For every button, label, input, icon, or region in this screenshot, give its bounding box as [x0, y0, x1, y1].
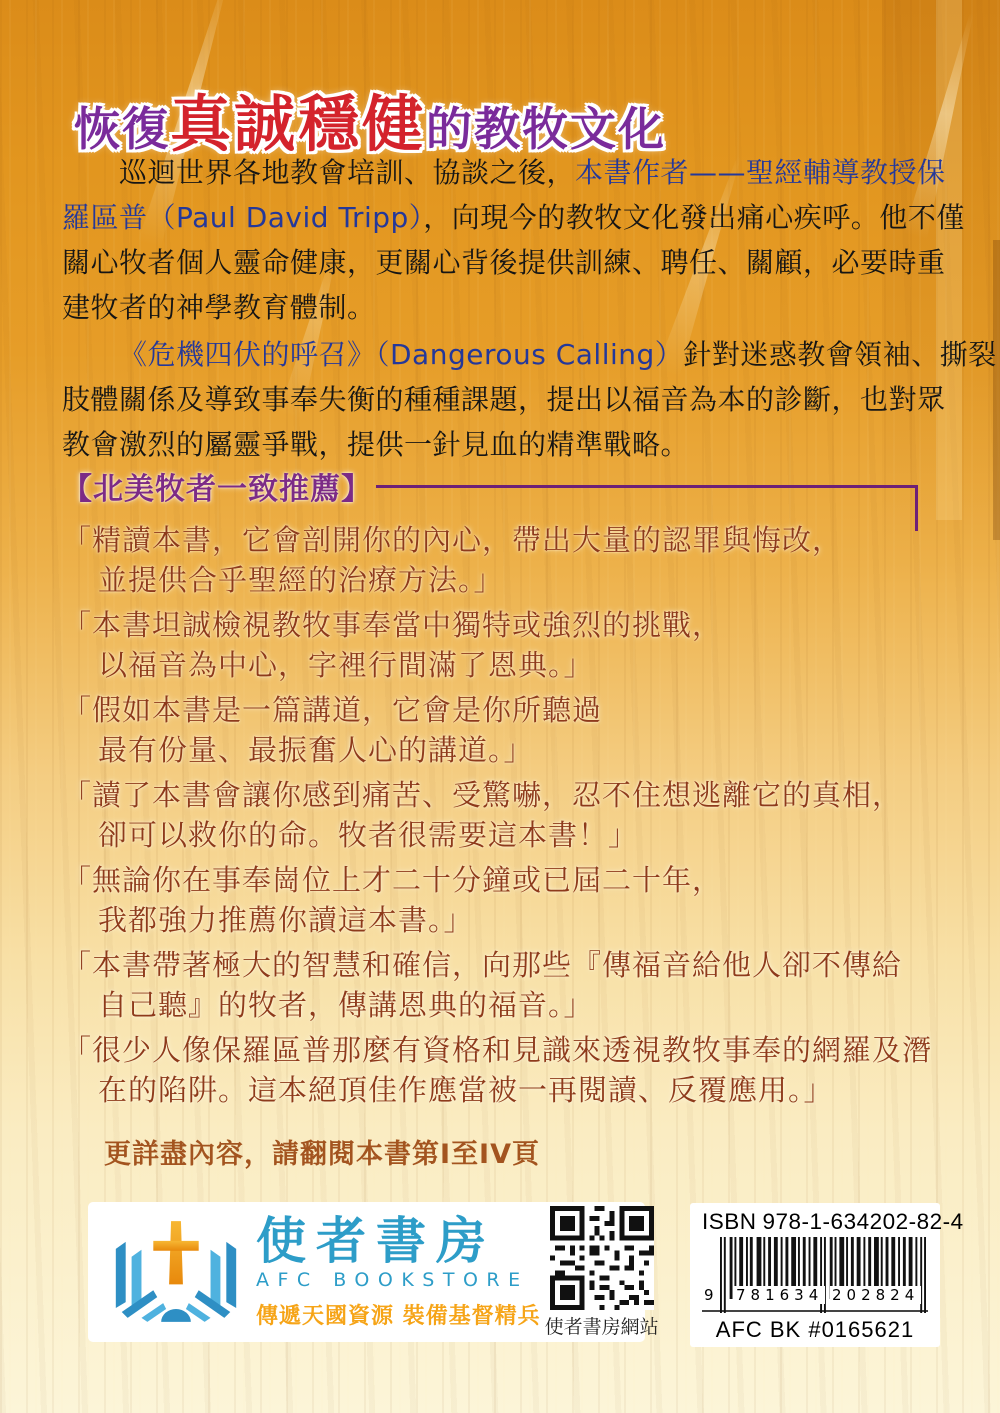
barcode: 9 781634 202824: [712, 1237, 926, 1301]
quote: 「讀了本書會讓你感到痛苦、受驚嚇，忍不住想逃離它的真相， 卻可以救你的命。牧者很…: [62, 775, 962, 855]
more-content-note: 更詳盡內容，請翻閱本書第I至IV頁: [104, 1132, 540, 1171]
intro-text: 巡迴世界各地教會培訓、協談之後，: [119, 156, 575, 189]
intro-text-blue: 《危機四伏的呼召》（Dangerous Calling）: [119, 338, 683, 371]
qr-code-icon: [550, 1206, 654, 1310]
wood-grain-edge: [993, 240, 1000, 540]
book-back-cover: 恢復 真誠穩健 的教牧文化 巡迴世界各地教會培訓、協談之後，本書作者——聖經輔導…: [0, 0, 1000, 1413]
bookstore-tagline: 傳遞天國資源 裝備基督精兵: [256, 1299, 541, 1330]
qr-caption: 使者書房網站: [545, 1312, 659, 1339]
barcode-digits-right: 202824: [830, 1286, 921, 1304]
quote-line-1: 「假如本書是一篇講道，它會是你所聽過: [62, 690, 962, 730]
quote-line-2: 卻可以救你的命。牧者很需要這本書！」: [62, 815, 962, 855]
quote: 「本書帶著極大的智慧和確信，向那些『傳福音給他人卻不傳給 自己聽』的牧者，傳講恩…: [62, 945, 962, 1025]
sku-number: AFC BK #0165621: [702, 1317, 928, 1343]
quote: 「本書坦誠檢視教牧事奉當中獨特或強烈的挑戰， 以福音為中心，字裡行間滿了恩典。」: [62, 605, 962, 685]
recommendation-rule: [376, 485, 918, 488]
bookstore-box: 使者書房 AFC BOOKSTORE 傳遞天國資源 裝備基督精兵: [88, 1202, 645, 1342]
bookstore-name: 使者書房: [256, 1215, 496, 1267]
quote-line-2: 最有份量、最振奮人心的講道。」: [62, 730, 962, 770]
quote-line-1: 「本書坦誠檢視教牧事奉當中獨特或強烈的挑戰，: [62, 605, 962, 645]
paragraph-line: 肢體關係及導致事奉失衡的種種課題，提出以福音為本的診斷，也對眾: [62, 377, 947, 422]
intro-text: 肢體關係及導致事奉失衡的種種課題，提出以福音為本的診斷，也對眾: [62, 383, 946, 416]
quote-line-1: 「本書帶著極大的智慧和確信，向那些『傳福音給他人卻不傳給: [62, 945, 962, 985]
intro-text: 關心牧者個人靈命健康，更關心背後提供訓練、聘任、關顧，必要時重: [62, 246, 946, 279]
quote-line-1: 「很少人像保羅區普那麼有資格和見識來透視教牧事奉的網羅及潛: [62, 1030, 962, 1070]
quote: 「無論你在事奉崗位上才二十分鐘或已屆二十年， 我都強力推薦你讀這本書。」: [62, 860, 962, 940]
barcode-digit-left: 9: [704, 1286, 714, 1304]
quote-line-1: 「精讀本書，它會剖開你的內心，帶出大量的認罪與悔改，: [62, 520, 962, 560]
intro-text: 針對迷惑教會領袖、撕裂: [683, 338, 997, 371]
paragraph-line: 建牧者的神學教育體制。: [62, 285, 947, 330]
quote-list: 「精讀本書，它會剖開你的內心，帶出大量的認罪與悔改， 並提供合乎聖經的治療方法。…: [62, 520, 962, 1115]
intro-text-blue: 羅區普（Paul David Tripp）: [62, 201, 423, 234]
intro-text: 建牧者的神學教育體制。: [62, 291, 376, 324]
paragraph-line: 巡迴世界各地教會培訓、協談之後，本書作者——聖經輔導教授保: [62, 150, 947, 195]
bookstore-name-en: AFC BOOKSTORE: [256, 1269, 529, 1291]
quote-line-2: 並提供合乎聖經的治療方法。」: [62, 560, 962, 600]
isbn-number: 978-1-634202-82-4: [763, 1209, 964, 1235]
quote-line-2: 自己聽』的牧者，傳講恩典的福音。」: [62, 985, 962, 1025]
quote: 「精讀本書，它會剖開你的內心，帶出大量的認罪與悔改， 並提供合乎聖經的治療方法。…: [62, 520, 962, 600]
recommendation-header: 【北美牧者一致推薦】: [62, 464, 918, 508]
quote-line-2: 在的陷阱。這本絕頂佳作應當被一再閱讀、反覆應用。」: [62, 1070, 962, 1110]
intro-text-blue: 本書作者——聖經輔導教授保: [575, 156, 946, 189]
quote-line-2: 以福音為中心，字裡行間滿了恩典。」: [62, 645, 962, 685]
paragraph-line: 《危機四伏的呼召》（Dangerous Calling）針對迷惑教會領袖、撕裂: [62, 332, 947, 377]
isbn-label: ISBN: [702, 1209, 757, 1235]
quote: 「假如本書是一篇講道，它會是你所聽過 最有份量、最振奮人心的講道。」: [62, 690, 962, 770]
afc-bookstore-logo-icon: [102, 1215, 250, 1329]
intro-text: ，向現今的教牧文化發出痛心疾呼。他不僅: [423, 201, 965, 234]
paragraph-line: 教會激烈的屬靈爭戰，提供一針見血的精準戰略。: [62, 422, 947, 467]
bookstore-text: 使者書房 AFC BOOKSTORE 傳遞天國資源 裝備基督精兵: [250, 1215, 541, 1330]
quote: 「很少人像保羅區普那麼有資格和見識來透視教牧事奉的網羅及潛 在的陷阱。這本絕頂佳…: [62, 1030, 962, 1110]
intro-paragraph-2: 《危機四伏的呼召》（Dangerous Calling）針對迷惑教會領袖、撕裂 …: [62, 332, 947, 467]
paragraph-line: 羅區普（Paul David Tripp），向現今的教牧文化發出痛心疾呼。他不僅: [62, 195, 947, 240]
barcode-digits-mid: 781634: [734, 1286, 825, 1304]
recommendation-title: 【北美牧者一致推薦】: [62, 464, 372, 508]
intro-paragraph-1: 巡迴世界各地教會培訓、協談之後，本書作者——聖經輔導教授保 羅區普（Paul D…: [62, 150, 947, 330]
qr-column: 使者書房網站: [541, 1206, 663, 1339]
quote-line-1: 「讀了本書會讓你感到痛苦、受驚嚇，忍不住想逃離它的真相，: [62, 775, 962, 815]
isbn-line: ISBN 978-1-634202-82-4: [702, 1209, 928, 1235]
cross-icon: [169, 1221, 183, 1284]
quote-line-2: 我都強力推薦你讀這本書。」: [62, 900, 962, 940]
isbn-barcode-box: ISBN 978-1-634202-82-4: [690, 1203, 940, 1347]
paragraph-line: 關心牧者個人靈命健康，更關心背後提供訓練、聘任、關顧，必要時重: [62, 240, 947, 285]
intro-text: 教會激烈的屬靈爭戰，提供一針見血的精準戰略。: [62, 428, 689, 461]
quote-line-1: 「無論你在事奉崗位上才二十分鐘或已屆二十年，: [62, 860, 962, 900]
